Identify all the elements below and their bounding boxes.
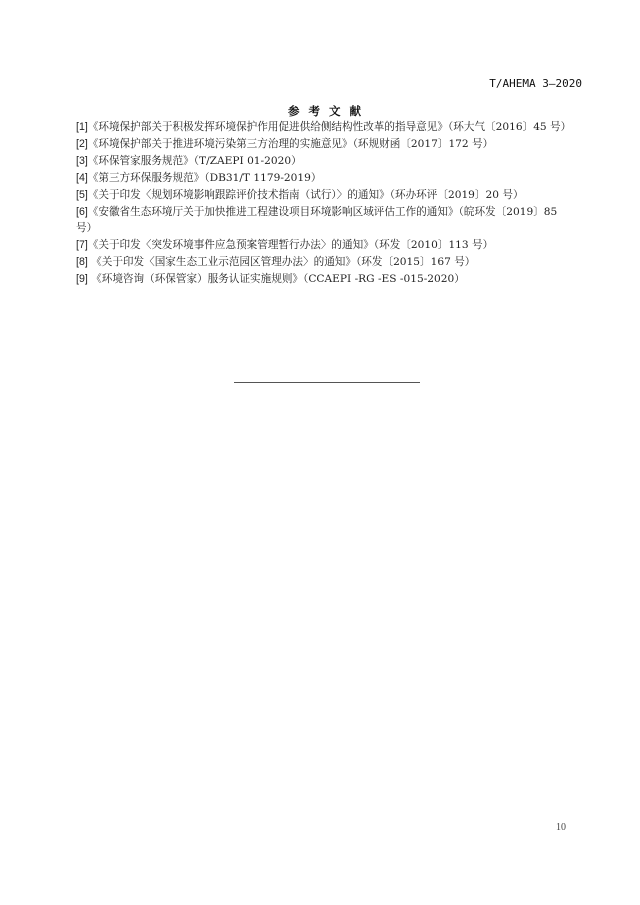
reference-number: [8] <box>76 256 88 268</box>
reference-number: [5] <box>76 189 88 201</box>
reference-number: [3] <box>76 155 88 167</box>
reference-number: [4] <box>76 172 88 184</box>
reference-item: [7]《关于印发〈突发环境事件应急预案管理暂行办法〉的通知》（环发〔2010〕1… <box>76 237 576 254</box>
page-number: 10 <box>556 822 566 833</box>
reference-text: 《第三方环保服务规范》（DB31/T 1179-2019） <box>88 172 322 184</box>
reference-text: 《环境保护部关于推进环境污染第三方治理的实施意见》（环规财函〔2017〕172 … <box>88 138 493 150</box>
reference-text: 《环境保护部关于积极发挥环境保护作用促进供给侧结构性改革的指导意见》（环大气〔2… <box>88 121 571 133</box>
reference-item: [3]《环保管家服务规范》（T/ZAEPI 01-2020） <box>76 153 576 170</box>
reference-text: 《环境咨询（环保管家）服务认证实施规则》（CCAEPI -RG -ES -015… <box>88 273 465 285</box>
reference-item: [5]《关于印发〈规划环境影响跟踪评价技术指南（试行）〉的通知》（环办环评〔20… <box>76 187 576 204</box>
reference-text: 《关于印发〈规划环境影响跟踪评价技术指南（试行）〉的通知》（环办环评〔2019〕… <box>88 189 524 201</box>
reference-number: [1] <box>76 121 88 133</box>
reference-list: [1]《环境保护部关于积极发挥环境保护作用促进供给侧结构性改革的指导意见》（环大… <box>76 119 576 288</box>
reference-item: [2]《环境保护部关于推进环境污染第三方治理的实施意见》（环规财函〔2017〕1… <box>76 136 576 153</box>
reference-item: [4]《第三方环保服务规范》（DB31/T 1179-2019） <box>76 170 576 187</box>
reference-item: [6]《安徽省生态环境厅关于加快推进工程建设项目环境影响区域评估工作的通知》（皖… <box>76 204 576 238</box>
reference-number: [2] <box>76 138 88 150</box>
reference-number: [6] <box>76 206 88 218</box>
reference-item: [1]《环境保护部关于积极发挥环境保护作用促进供给侧结构性改革的指导意见》（环大… <box>76 119 576 136</box>
reference-number: [7] <box>76 239 88 251</box>
document-code: T/AHEMA 3—2020 <box>489 77 582 90</box>
reference-text: 《安徽省生态环境厅关于加快推进工程建设项目环境影响区域评估工作的通知》（皖环发〔… <box>76 206 557 235</box>
reference-text: 《环保管家服务规范》（T/ZAEPI 01-2020） <box>88 155 302 167</box>
reference-number: [9] <box>76 273 88 285</box>
reference-item: [9] 《环境咨询（环保管家）服务认证实施规则》（CCAEPI -RG -ES … <box>76 271 576 288</box>
reference-text: 《关于印发〈突发环境事件应急预案管理暂行办法〉的通知》（环发〔2010〕113 … <box>88 239 493 251</box>
section-title: 参考文献 <box>0 103 640 119</box>
end-of-section-rule <box>234 382 420 383</box>
reference-text: 《关于印发〈国家生态工业示范园区管理办法〉的通知》（环发〔2015〕167 号） <box>88 256 476 268</box>
reference-item: [8] 《关于印发〈国家生态工业示范园区管理办法〉的通知》（环发〔2015〕16… <box>76 254 576 271</box>
